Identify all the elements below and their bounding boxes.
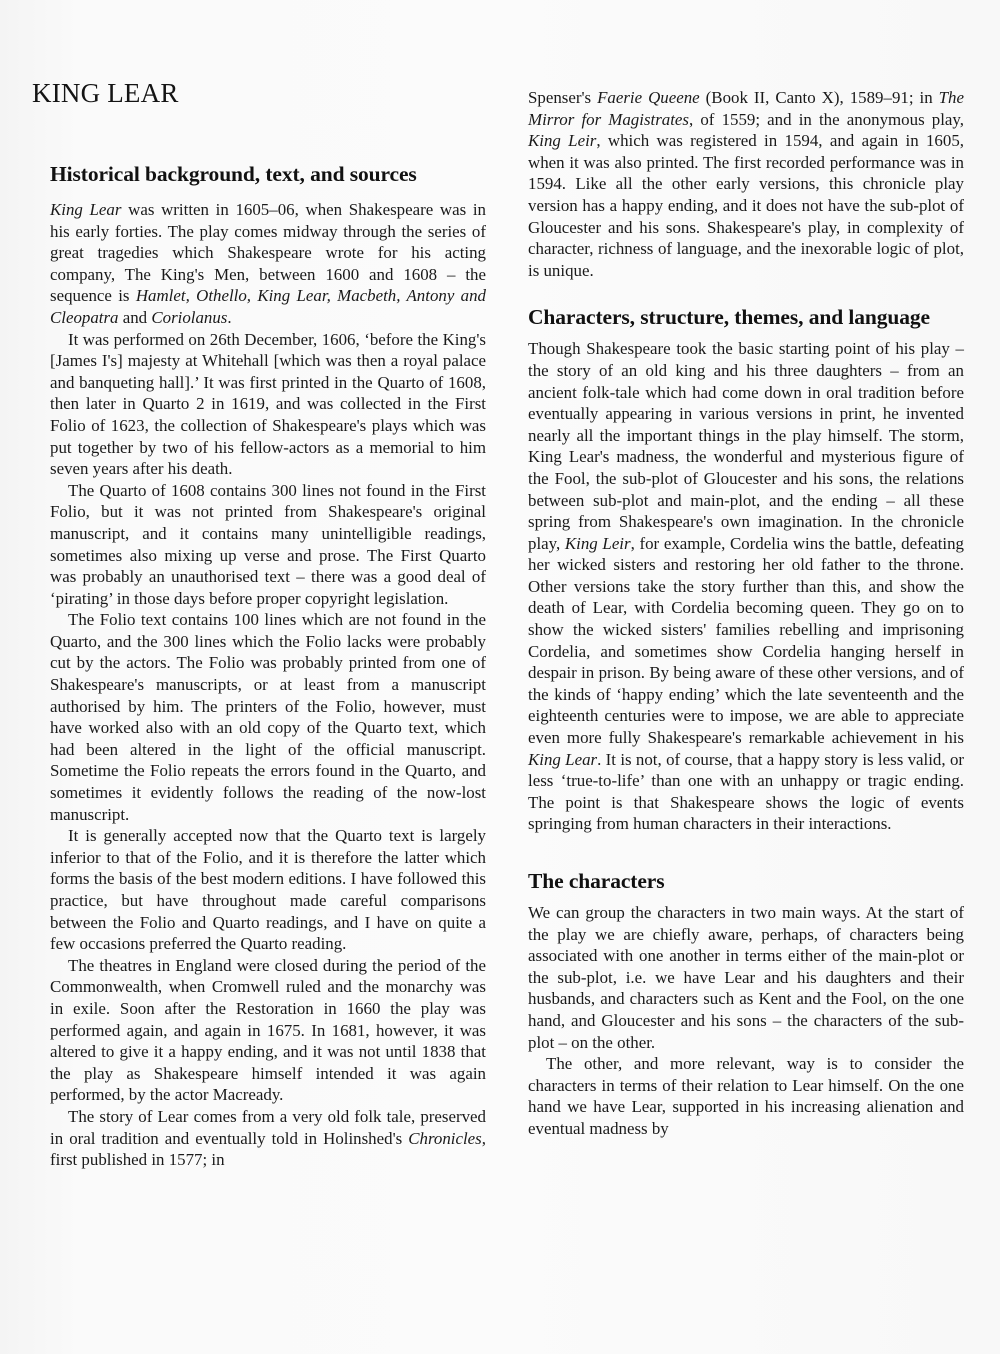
text-run: We can group the characters in two main … [528, 903, 964, 1052]
text-run: The theatres in England were closed duri… [50, 956, 486, 1105]
section-heading-characters-structure-themes-language: Characters, structure, themes, and langu… [528, 303, 964, 331]
page-title: KING LEAR [32, 78, 179, 109]
italic-title-text: King Leir [528, 131, 596, 150]
historical-background-body: King Lear was written in 1605–06, when S… [50, 199, 486, 1171]
paragraph: The story of Lear comes from a very old … [50, 1106, 486, 1171]
paragraph: King Lear was written in 1605–06, when S… [50, 199, 486, 329]
paragraph: It was performed on 26th December, 1606,… [50, 329, 486, 480]
characters-structure-body: Though Shakespeare took the basic starti… [528, 338, 964, 835]
paragraph: The Quarto of 1608 contains 300 lines no… [50, 480, 486, 610]
document-page: KING LEAR Historical background, text, a… [0, 0, 1000, 1354]
text-run: The Folio text contains 100 lines which … [50, 610, 486, 823]
text-run: and [119, 308, 152, 327]
text-run: It is generally accepted now that the Qu… [50, 826, 486, 953]
italic-title-text: Chronicles [408, 1129, 482, 1148]
paragraph: We can group the characters in two main … [528, 902, 964, 1053]
paragraph: Spenser's Faerie Queene (Book II, Canto … [528, 87, 964, 281]
text-run: The other, and more relevant, way is to … [528, 1054, 964, 1138]
text-run: (Book II, Canto X), 1589–91; in [700, 88, 939, 107]
right-column: Spenser's Faerie Queene (Book II, Canto … [528, 87, 964, 1140]
text-run: . [227, 308, 231, 327]
section-heading-historical-background: Historical background, text, and sources [50, 160, 490, 188]
italic-title-text: King Lear [50, 200, 121, 219]
sources-continuation: Spenser's Faerie Queene (Book II, Canto … [528, 87, 964, 281]
paragraph: Though Shakespeare took the basic starti… [528, 338, 964, 835]
paragraph: The other, and more relevant, way is to … [528, 1053, 964, 1139]
text-run: Spenser's [528, 88, 597, 107]
italic-title-text: Faerie Queene [597, 88, 700, 107]
text-run: Though Shakespeare took the basic starti… [528, 339, 964, 552]
paragraph: It is generally accepted now that the Qu… [50, 825, 486, 955]
paragraph: The theatres in England were closed duri… [50, 955, 486, 1106]
italic-title-text: King Leir [565, 534, 631, 553]
section-heading-the-characters: The characters [528, 867, 964, 895]
italic-title-text: Coriolanus [151, 308, 227, 327]
text-run: , which was registered in 1594, and agai… [528, 131, 964, 280]
paragraph: The Folio text contains 100 lines which … [50, 609, 486, 825]
text-run: It was performed on 26th December, 1606,… [50, 330, 486, 479]
italic-title-text: King Lear [528, 750, 597, 769]
text-run: , for example, Cordelia wins the battle,… [528, 534, 964, 747]
text-run: , of 1559; and in the anonymous play, [689, 110, 964, 129]
the-characters-body: We can group the characters in two main … [528, 902, 964, 1140]
text-run: The Quarto of 1608 contains 300 lines no… [50, 481, 486, 608]
